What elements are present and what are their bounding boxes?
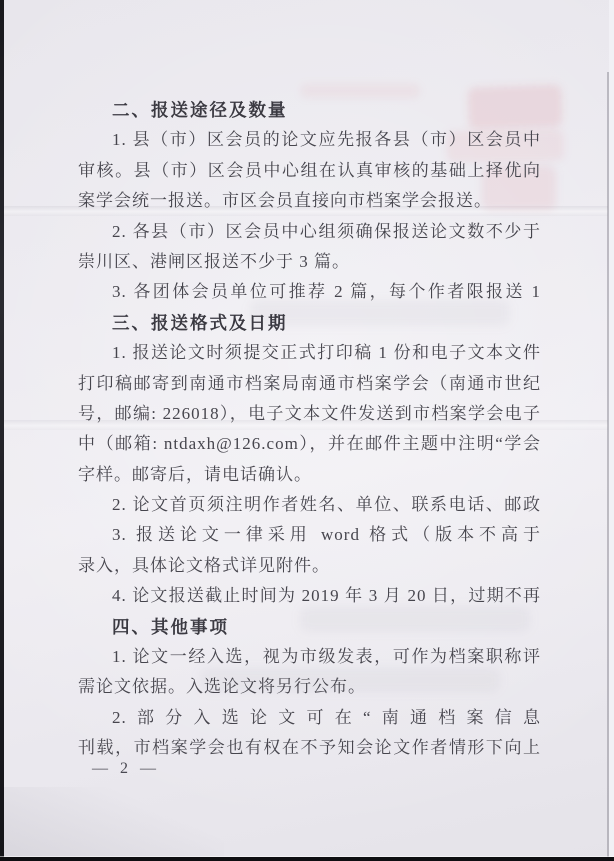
text-line: 1. 县（市）区会员的论文应先报各县（市）区会员中心组 bbox=[78, 125, 541, 155]
text-line: 1. 报送论文时须提交正式打印稿 1 份和电子文本文件 1 份， bbox=[78, 338, 541, 368]
text-line: 中（邮箱: ntdaxh@126.com），并在邮件主题中注明“学会论文” bbox=[78, 429, 541, 459]
document-body: 二、报送途径及数量1. 县（市）区会员的论文应先报各县（市）区会员中心组审核。县… bbox=[78, 95, 541, 764]
text-line: 案学会统一报送。市区会员直接向市档案学会报送。 bbox=[78, 186, 541, 216]
paper-shadow bbox=[4, 787, 224, 857]
section-heading: 三、报送格式及日期 bbox=[78, 308, 541, 338]
paper-edge-line bbox=[607, 72, 609, 857]
text-line: 3. 各团体会员单位可推荐 2 篇，每个作者限报送 1 篇。 bbox=[78, 277, 541, 307]
text-line: 需论文依据。入选论文将另行公布。 bbox=[78, 672, 541, 702]
section-heading: 四、其他事项 bbox=[78, 612, 541, 642]
text-line: 审核。县（市）区会员中心组在认真审核的基础上择优向市档 bbox=[78, 156, 541, 186]
text-line: 2.部分入选论文可在“南通档案信息网”（www.ntda.gov.cn） bbox=[78, 703, 541, 733]
text-line: 2. 各县（市）区会员中心组须确保报送论文数不少于 5 篇、 bbox=[78, 217, 541, 247]
scan-edge-bottom bbox=[0, 857, 614, 861]
text-line: 打印稿邮寄到南通市档案局南通市档案学会（南通市世纪大道 6 bbox=[78, 369, 541, 399]
text-line: 字样。邮寄后，请电话确认。 bbox=[78, 460, 541, 490]
text-line: 录入，具体论文格式详见附件。 bbox=[78, 551, 541, 581]
text-line: 2. 论文首页须注明作者姓名、单位、联系电话、邮政编码。 bbox=[78, 490, 541, 520]
text-line: 崇川区、港闸区报送不少于 3 篇。 bbox=[78, 247, 541, 277]
text-line: 号，邮编: 226018），电子文本文件发送到市档案学会电子邮箱 bbox=[78, 399, 541, 429]
text-line: 3. 报送论文一律采用 word 格式（版本不高于 word2003） bbox=[78, 520, 541, 550]
scan-edge-right bbox=[609, 0, 614, 857]
page-number: — 2 — bbox=[92, 760, 160, 778]
text-line: 1. 论文一经入选，视为市级发表，可作为档案职称评审所 bbox=[78, 642, 541, 672]
scanned-document-page: 二、报送途径及数量1. 县（市）区会员的论文应先报各县（市）区会员中心组审核。县… bbox=[0, 0, 614, 861]
section-heading: 二、报送途径及数量 bbox=[78, 95, 541, 125]
text-line: 4. 论文报送截止时间为 2019 年 3 月 20 日，过期不再受理。 bbox=[78, 581, 541, 611]
scan-edge-left bbox=[0, 0, 4, 861]
